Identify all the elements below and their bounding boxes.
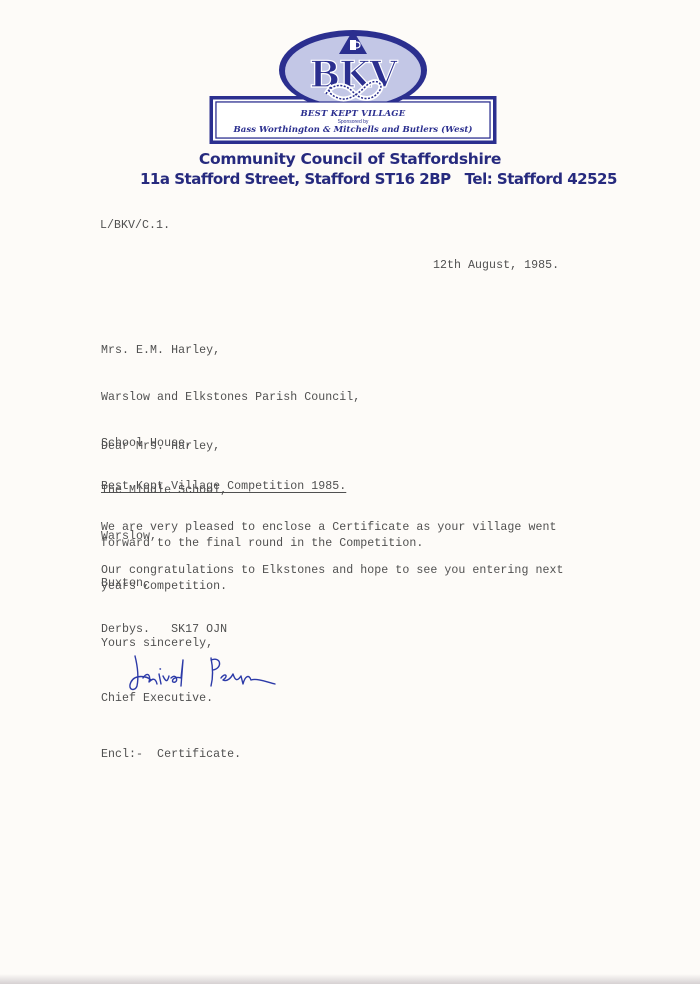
- organisation-telephone: Tel: Stafford 42525: [465, 170, 617, 188]
- signatory-title: Chief Executive.: [101, 691, 213, 707]
- organisation-address: 11a Stafford Street, Stafford ST16 2BP: [140, 170, 451, 188]
- page-bottom-edge: [0, 974, 700, 984]
- enclosure-note: Encl:- Certificate.: [101, 747, 241, 763]
- organisation-name: Community Council of Staffordshire: [0, 150, 700, 168]
- logo-title: BEST KEPT VILLAGE: [208, 109, 498, 119]
- handwritten-signature-icon: David Pearson: [125, 650, 285, 695]
- bkv-logo: BKV BEST KEPT VILLAGE Sponsored by Bass …: [208, 28, 498, 146]
- organisation-address-line: 11a Stafford Street, Stafford ST16 2BPTe…: [140, 170, 570, 188]
- salutation: Dear Mrs. Harley,: [101, 439, 220, 455]
- subject-line: Best Kept Village Competition 1985.: [101, 479, 346, 495]
- letter-date: 12th August, 1985.: [433, 258, 559, 274]
- body-paragraph: Our congratulations to Elkstones and hop…: [101, 563, 564, 594]
- logo-sponsor: Bass Worthington & Mitchells and Butlers…: [208, 125, 498, 135]
- address-line: Mrs. E.M. Harley,: [101, 343, 360, 359]
- address-line: Warslow and Elkstones Parish Council,: [101, 390, 360, 406]
- body-paragraph: We are very pleased to enclose a Certifi…: [101, 520, 556, 551]
- reference-number: L/BKV/C.1.: [100, 218, 170, 234]
